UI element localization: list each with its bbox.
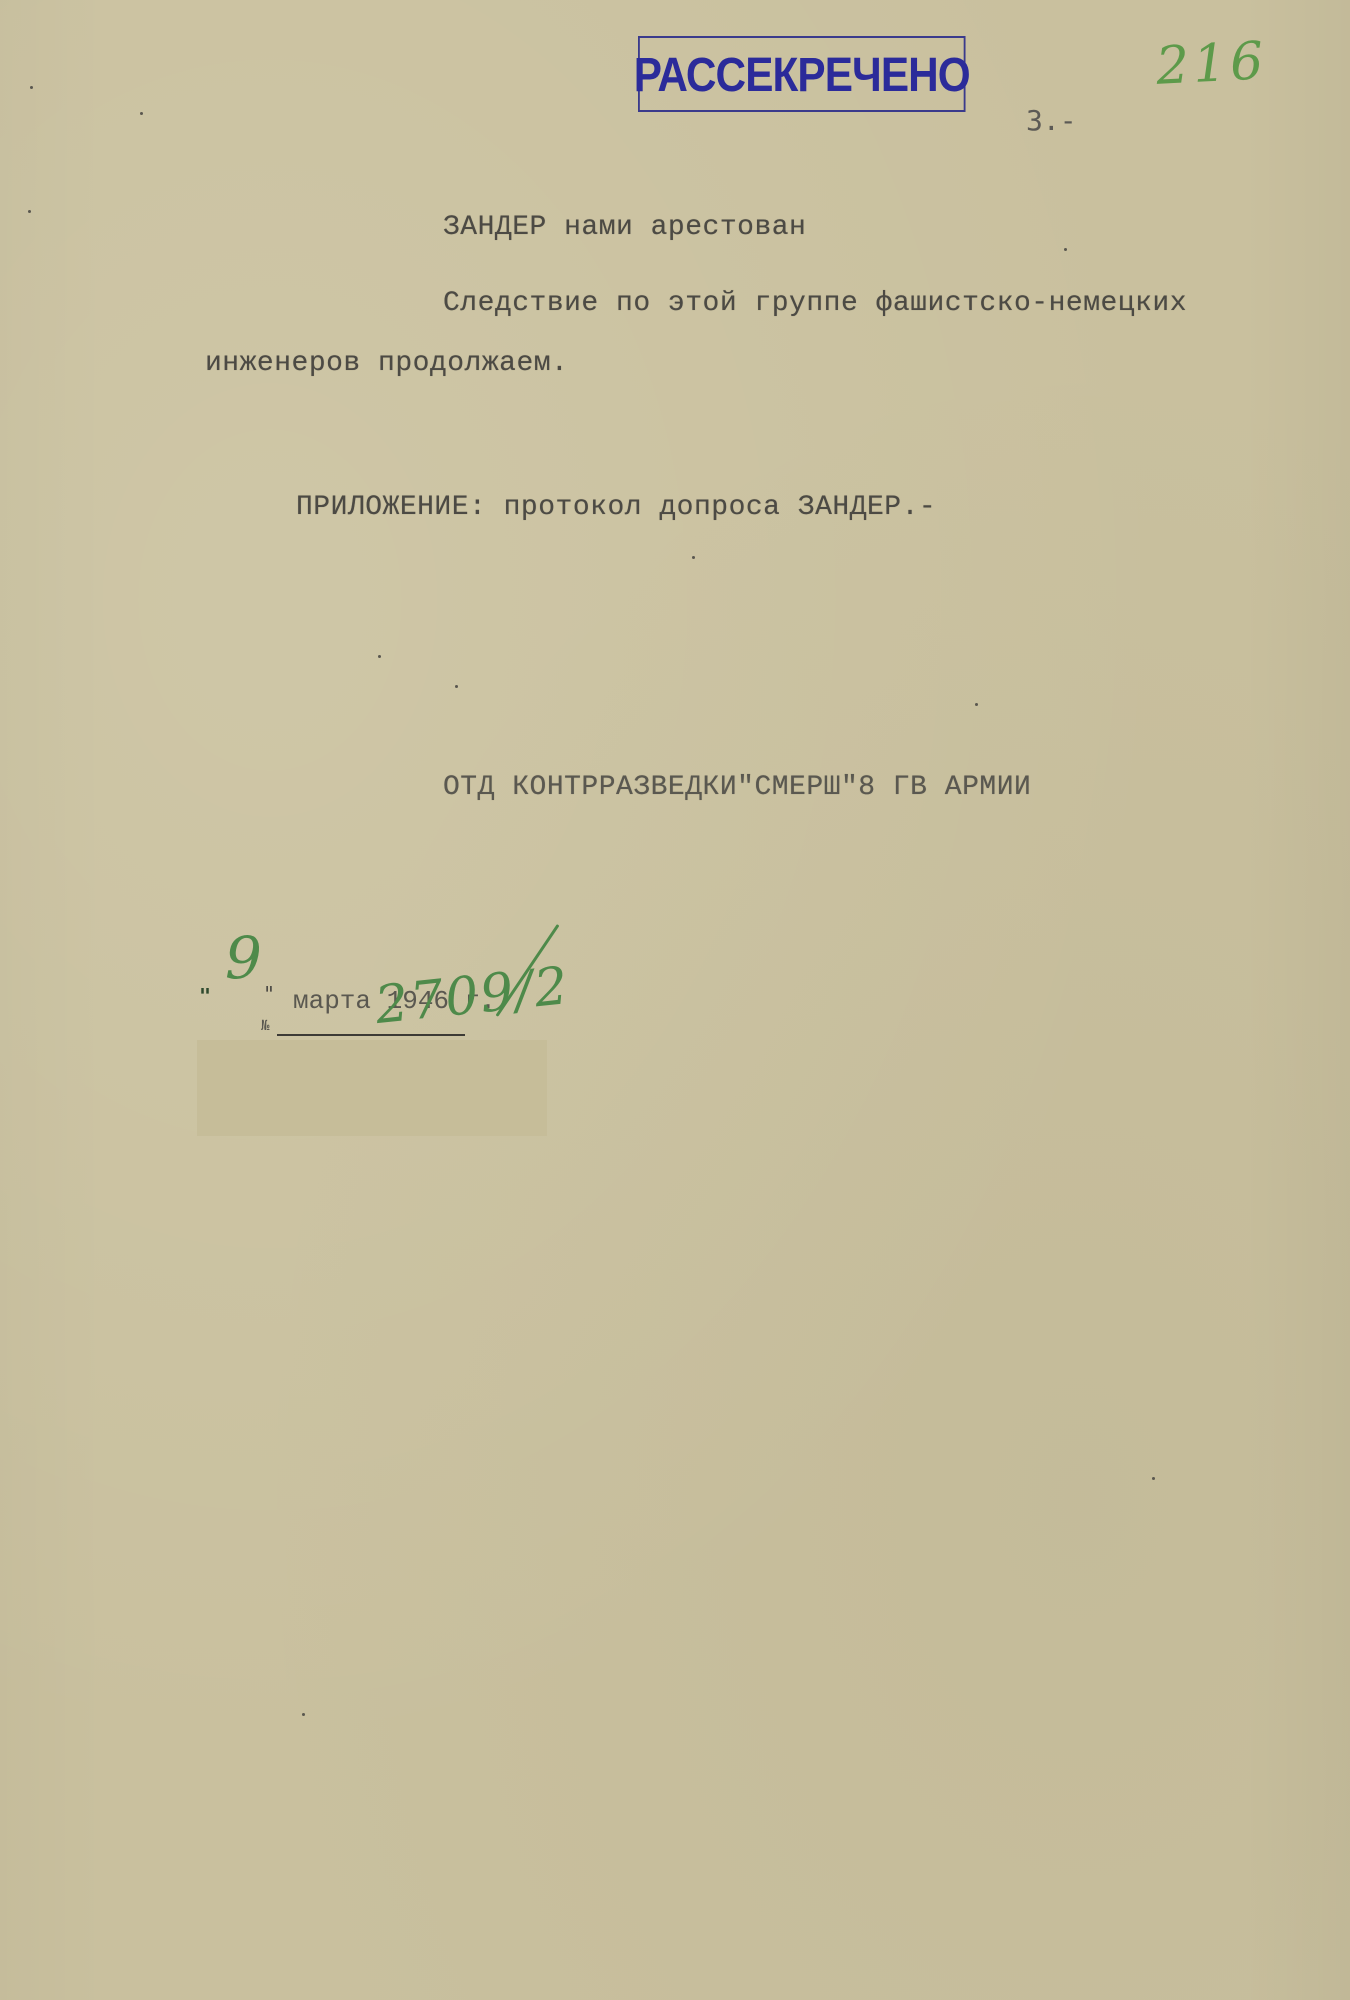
archive-number-handwritten: 216 [1155,31,1269,97]
text-line-attachment: ПРИЛОЖЕНИЕ: протокол допроса ЗАНДЕР.- [296,492,936,523]
paper-speck [1152,1477,1155,1480]
date-block: " 9 " марта 1946 г. 2709/2 № [195,930,615,1040]
declassified-stamp: РАССЕКРЕЧЕНО [638,36,966,112]
paper-speck [455,685,458,688]
text-line-investigation: Следствие по этой группе фашистско-немец… [443,288,1187,319]
department-signature-line: ОТД КОНТРРАЗВЕДКИ"СМЕРШ"8 ГВ АРМИИ [443,772,1031,803]
paper-speck [28,210,31,213]
paper-speck [692,556,695,559]
date-open-quote: " [199,984,211,1008]
paper-speck [975,703,978,706]
redacted-area [197,1040,547,1136]
number-underline [277,1034,465,1036]
paper-speck [1064,248,1067,251]
document-page: РАССЕКРЕЧЕНО 216 3.- ЗАНДЕР нами арестов… [0,0,1350,2000]
date-close-quote: " [263,982,275,1006]
paper-speck [302,1713,305,1716]
text-line-arrest: ЗАНДЕР нами арестован [443,212,806,243]
text-line-continuation: инженеров продолжаем. [205,348,568,379]
date-day-handwritten: 9 [225,924,262,992]
paper-speck [378,655,381,658]
page-number: 3.- [1026,104,1077,137]
paper-speck [140,112,143,115]
number-sign: № [261,1018,269,1034]
paper-speck [30,86,33,89]
declassified-stamp-text: РАССЕКРЕЧЕНО [634,46,970,103]
handwritten-reference-number: 2709/2 [372,956,572,1036]
